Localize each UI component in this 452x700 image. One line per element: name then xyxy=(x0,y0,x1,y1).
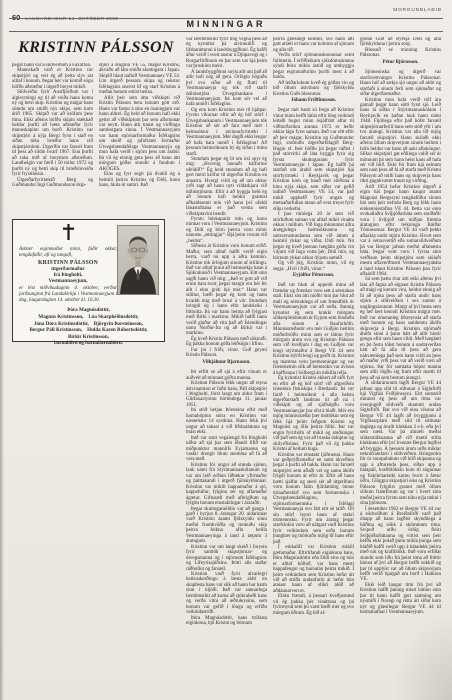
funeral-details: er lést miðvikudaginn 4. október, verður… xyxy=(19,286,117,304)
section-title: MINNINGAR xyxy=(0,19,452,29)
death-notice-text: Ástkær eiginmaður minn, faðir okkar, ten… xyxy=(19,224,117,304)
paragraph: Allir þeir sem áttu viðskipti við Kristi… xyxy=(99,96,180,172)
paragraph: Á síldarárunum lagði Bergur VE 44 jafnan… xyxy=(360,381,441,506)
paragraph: Kristinn mun hafa verið tólf ára gamall … xyxy=(360,98,441,185)
paragraph: Og við þig, Kristinn minn, vil ég segja:… xyxy=(273,261,354,272)
paragraph: Þá stóð hetjan Þórsteina eftir með barna… xyxy=(186,408,267,435)
newspaper-page: 60LAUGARDAGUR 14. OKTÓBER 2000 MORGUNBLA… xyxy=(0,0,452,700)
text-column-1: þegar hann var á síldveiðum á Faxaflóa. … xyxy=(12,63,93,216)
mourner-line: Magnús Kristinsson,Lóa Skarphéðinsdóttir… xyxy=(19,314,158,321)
mourner-name: Birkir Kristinsson, xyxy=(68,334,109,341)
paragraph: Þegar skuttogaraöldin var að ganga í gar… xyxy=(186,507,267,545)
death-notice: Ástkær eiginmaður minn, faðir okkar, ten… xyxy=(12,219,165,342)
cross-icon xyxy=(19,224,117,245)
mourner-name: barnabörn og barnabarnabörn. xyxy=(54,340,123,347)
portrait-photo xyxy=(117,225,159,295)
paragraph: Síðustu ár Kristins voru honum erfið. Ma… xyxy=(186,244,267,337)
mourner-name: Jóna Dóra Kristinsdóttir, xyxy=(34,321,89,328)
mourner-name: Hulda Karen Róbertsdóttir, xyxy=(87,327,147,334)
paragraph: Í þau rúmlega 20 ár sem við störfuðum sa… xyxy=(273,212,354,261)
paragraph: Í desember 1962 er Bergur VE 44 var á sí… xyxy=(360,507,441,583)
text-column-5: góðan Guð að styrkja Dídí og alla fjölsk… xyxy=(360,37,441,693)
paragraph: Á landsbyggðinni snýst allt um það að al… xyxy=(186,70,267,108)
paragraph: Þó erfitt sé að sjá á eftir vinum er auð… xyxy=(186,370,267,381)
paragraph: Þegar mér barst sú fregn að Kristinn vin… xyxy=(273,108,354,212)
paragraph: Blessuð sé minning Kristins Pálssonar. xyxy=(360,48,441,59)
paragraph: Það var hluti af uppeldi mínu að frændur… xyxy=(273,283,354,376)
paragraph: Að leiðarlokum kveð ég góðan vin og bið … xyxy=(273,81,354,97)
paragraph: Sjómennska og útgerð var starfsvettvangu… xyxy=(360,70,441,97)
paragraph: Elsku frændi, á þessari kveðjustund vil … xyxy=(273,594,354,616)
paragraph: Kristinn fór ungur að stunda sjóinn, lau… xyxy=(186,463,267,507)
paragraph: góðan Guð að styrkja Dídí og alla fjölsk… xyxy=(360,37,441,48)
divider xyxy=(9,31,443,32)
paragraph: Og enn kom Kristinn mér til hjálpar. Fyr… xyxy=(186,108,267,157)
paragraph: Það var stutt vegalengd frá Þingholti ni… xyxy=(186,436,267,463)
signature: Vilhjálmur Bjarnason. xyxy=(186,360,267,365)
obituary-title: KRISTINN PÁLSSON xyxy=(10,38,182,58)
paragraph: Kristinn Pálsson fékk ungur að reyna ást… xyxy=(186,381,267,408)
masthead: MORGUNBLAÐIÐ xyxy=(393,8,442,13)
mourner-line: Jóna Dóra Kristinsdóttir,Björgvin Þorste… xyxy=(19,321,158,328)
deceased-origin-town: Vestmannaeyjum, xyxy=(19,279,117,285)
death-notice-body: Ástkær eiginmaður minn, faðir okkar, ten… xyxy=(19,224,158,304)
paragraph: Þóra Magnúsdóttir, hans trúfasta eiginko… xyxy=(186,616,267,627)
paragraph: Far þú í friði, vinur. Guð geymi Kristin… xyxy=(186,348,267,359)
mourner-name: Lóa Skarphéðinsdóttir, xyxy=(88,314,138,321)
signature: Jóhann Friðfinnsson. xyxy=(273,98,354,103)
page-header: 60LAUGARDAGUR 14. OKTÓBER 2000 MORGUNBLA… xyxy=(12,7,442,17)
mourner-line: Birkir Kristinsson, xyxy=(19,334,158,341)
text-column-3: var lærdómsríkt fyrir mig vegna þess að … xyxy=(186,37,267,693)
portrait-photo-image xyxy=(118,226,158,294)
mourner-line: barnabörn og barnabarnabörn. xyxy=(19,340,158,347)
paragraph: Kristinn varð fyrir alvarlegri heilsuske… xyxy=(186,572,267,616)
paragraph: Ég kynntist Kristni ekkert að ráði fyrr … xyxy=(273,376,354,452)
paragraph: Stundum þegar ég lít um öxl spyr ég mig:… xyxy=(186,157,267,217)
paragraph: Eins og fyrr segir þá dvaldi ég á heimil… xyxy=(99,172,180,188)
mourner-name: Bergur Páll Kristinsson, xyxy=(29,327,82,334)
signature: Eyjólfur Pétursson. xyxy=(273,273,354,278)
paragraph: Verða störf sjómannskonunnar seint fullm… xyxy=(273,53,354,80)
notice-intro: Ástkær eiginmaður minn, faðir okkar, ten… xyxy=(19,247,117,259)
paragraph: Í einkalífi var Kristinn mikill gæfumaðu… xyxy=(273,545,354,594)
paragraph: Mannskaði varð er Kristinn var skipstjór… xyxy=(12,68,93,90)
paragraph: Síldveiðin fyrir Austfjörðum var í algle… xyxy=(12,90,93,177)
paragraph: stjóri á Huginn VE 55, mágur Kristins, á… xyxy=(99,63,180,96)
paragraph: Kristinn var einstakt ljúfmenni. Hann va… xyxy=(273,453,354,546)
paragraph: Kristinn var um langt skeið í forystu fy… xyxy=(186,545,267,572)
text-column-2: stjóri á Huginn VE 55, mágur Kristins, á… xyxy=(99,63,180,216)
mourner-line: Bergur Páll Kristinsson,Hulda Karen Róbe… xyxy=(19,327,158,334)
paragraph: var lærdómsríkt fyrir mig vegna þess að … xyxy=(186,37,267,70)
paragraph: Ég kveð Kristin Pálsson með söknuði. Ég … xyxy=(186,337,267,348)
paragraph: Fyrstu búskaparár mín og konu minnar vor… xyxy=(186,217,267,244)
mourner-name: Magnús Kristinsson, xyxy=(38,314,83,321)
mourners-list: Þóra Magnúsdóttir, Magnús Kristinsson,Ló… xyxy=(19,307,158,347)
mourner-line: Þóra Magnúsdóttir, xyxy=(19,307,158,314)
paragraph: Árið 1954 hefur Kristinn útgerð á eigin … xyxy=(360,185,441,278)
mourner-name: Þóra Magnúsdóttir, xyxy=(67,307,110,314)
paragraph: þeirra glæsilegt heimili, svo hann átti … xyxy=(273,37,354,53)
paragraph: Sá sem þetta ritar átti ekki aðeins því … xyxy=(360,277,441,381)
signature: Pétur Björnsson. xyxy=(360,60,441,65)
paragraph: Ekki leið langur tími frá því að Kristin… xyxy=(360,583,441,616)
mourner-name: Björgvin Þorsteinsson, xyxy=(94,321,143,328)
paragraph: Útgerðarfyrirtækið Berg og Guðmundur Ing… xyxy=(12,178,93,189)
text-column-4: þeirra glæsilegt heimili, svo hann átti … xyxy=(273,37,354,693)
